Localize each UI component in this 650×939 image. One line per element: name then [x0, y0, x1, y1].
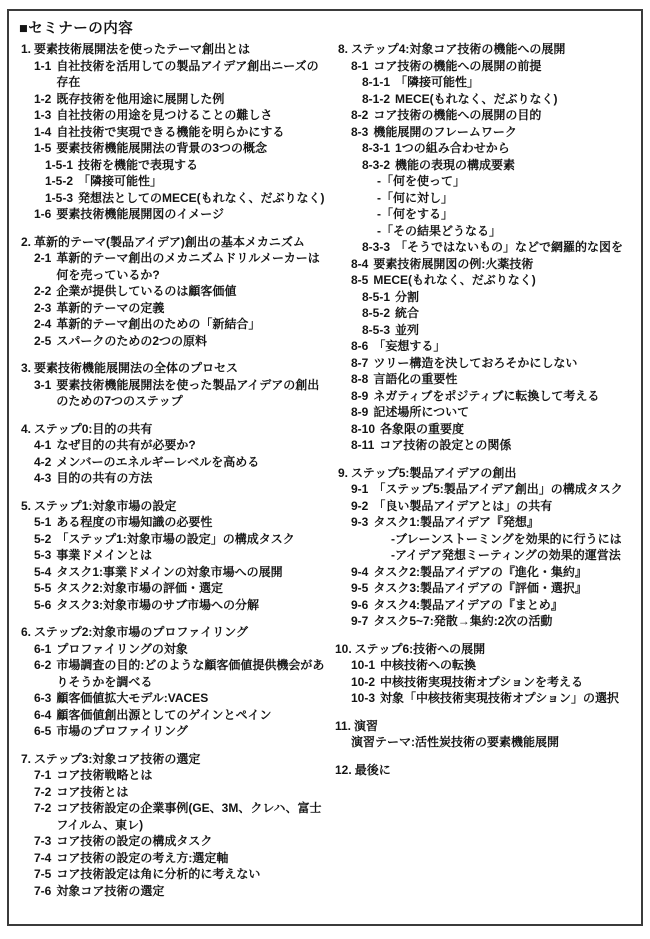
item-number: 10-2 [351, 674, 375, 691]
item-text: -アイデア発想ミーティングの効果的運営法 [391, 547, 644, 564]
item-number: 5-1 [34, 514, 51, 531]
toc-item: -「何に対し」 [335, 190, 644, 207]
item-text: 市場のプロファイリング [56, 723, 328, 740]
toc-item: 6-2市場調査の目的:どのような顧客価値提供機会がありそうかを調べる [18, 657, 328, 690]
item-text: タスク3:対象市場のサブ市場への分解 [56, 597, 328, 614]
item-text: 「ステップ5:製品アイデア創出」の構成タスク [373, 481, 644, 498]
toc-item: 9-6タスク4:製品アイデアの『まとめ』 [335, 597, 644, 614]
section-title: 演習 [354, 718, 644, 735]
section-number: 11. [335, 718, 351, 735]
item-text: タスク5~7:発散→集約:2次の活動 [373, 613, 644, 630]
item-text: 機能の表現の構成要素 [395, 157, 644, 174]
item-number: 9-1 [351, 481, 368, 498]
item-number: 8-1 [351, 58, 368, 75]
document-page: ■セミナーの内容 1.要素技術展開法を使ったテーマ創出とは1-1自社技術を活用し… [0, 0, 650, 939]
toc-section: 3.要素技術機能展開法の全体のプロセス3-1要素技術機能展開法を使った製品アイデ… [18, 360, 328, 410]
section-title: ステップ5:製品アイデアの創出 [351, 465, 644, 482]
item-text: プロファイリングの対象 [56, 641, 328, 658]
item-text: なぜ目的の共有が必要か? [56, 437, 328, 454]
toc-item: 5-2「ステップ1:対象市場の設定」の構成タスク [18, 531, 328, 548]
toc-item: 5-4タスク1:事業ドメインの対象市場への展開 [18, 564, 328, 581]
toc-section: 12.最後に [335, 762, 644, 779]
toc-item: 10-1中核技術への転換 [335, 657, 644, 674]
toc-item: 8-10各象限の重要度 [335, 421, 644, 438]
item-text: 要素技術機能展開法の背景の3つの概念 [56, 140, 328, 157]
item-text: -「何に対し」 [377, 190, 644, 207]
item-text: 機能展開のフレームワーク [373, 124, 644, 141]
item-number: 4-2 [34, 454, 51, 471]
toc-item: 5-1ある程度の市場知識の必要性 [18, 514, 328, 531]
section-number: 8. [335, 41, 348, 58]
item-text: 自社技術で実現できる機能を明らかにする [56, 124, 328, 141]
item-number: 1-5-1 [45, 157, 73, 174]
toc-section: 5.ステップ1:対象市場の設定5-1ある程度の市場知識の必要性5-2「ステップ1… [18, 498, 328, 614]
item-text: 並列 [395, 322, 644, 339]
item-text: -「その結果どうなる」 [377, 223, 644, 240]
toc-item: 8-5MECE(もれなく、だぶりなく) [335, 272, 644, 289]
section-heading: 3.要素技術機能展開法の全体のプロセス [18, 360, 328, 377]
item-number: 1-5 [34, 140, 51, 157]
item-text: 要素技術機能展開法を使った製品アイデアの創出のための7つのステップ [56, 377, 328, 410]
toc-item: 8-1-2MECE(もれなく、だぶりなく) [335, 91, 644, 108]
item-text: 事業ドメインとは [56, 547, 328, 564]
toc-item: 10-3対象「中核技術実現技術オプション」の選択 [335, 690, 644, 707]
item-number: 9-4 [351, 564, 368, 581]
toc-item: 5-3事業ドメインとは [18, 547, 328, 564]
item-number: 9-5 [351, 580, 368, 597]
toc-section: 7.ステップ3:対象コア技術の選定7-1コア技術戦略とは7-2コア技術とは7-2… [18, 751, 328, 900]
item-number: 6-4 [34, 707, 51, 724]
section-title: ステップ6:技術への展開 [355, 641, 644, 658]
item-number: 6-1 [34, 641, 51, 658]
toc-item: 1-5-1技術を機能で表現する [18, 157, 328, 174]
toc-section: 9.ステップ5:製品アイデアの創出9-1「ステップ5:製品アイデア創出」の構成タ… [335, 465, 644, 630]
section-title: 最後に [355, 762, 644, 779]
toc-item: 9-1「ステップ5:製品アイデア創出」の構成タスク [335, 481, 644, 498]
item-text: 革新的テーマ創出のための「新結合」 [56, 316, 328, 333]
toc-item: 4-2メンバーのエネルギーレベルを高める [18, 454, 328, 471]
toc-item: 7-1コア技術戦略とは [18, 767, 328, 784]
item-number: 8-8 [351, 371, 368, 388]
section-number: 1. [18, 41, 31, 58]
toc-item: 8-1コア技術の機能への展開の前提 [335, 58, 644, 75]
section-number: 6. [18, 624, 31, 641]
section-number: 12. [335, 762, 352, 779]
item-number: 8-3-1 [362, 140, 390, 157]
item-number: 8-7 [351, 355, 368, 372]
item-number: 5-6 [34, 597, 51, 614]
toc-item: 6-4顧客価値創出源としてのゲインとペイン [18, 707, 328, 724]
toc-item: 7-4コア技術の設定の考え方:選定軸 [18, 850, 328, 867]
section-number: 2. [18, 234, 31, 251]
section-heading: 8.ステップ4:対象コア技術の機能への展開 [335, 41, 644, 58]
toc-item: 演習テーマ:活性炭技術の要素機能展開 [335, 734, 644, 751]
item-number: 7-1 [34, 767, 51, 784]
item-text: MECE(もれなく、だぶりなく) [395, 91, 644, 108]
item-number: 1-3 [34, 107, 51, 124]
toc-item: 1-6要素技術機能展開図のイメージ [18, 206, 328, 223]
toc-item: 4-3目的の共有の方法 [18, 470, 328, 487]
toc-section: 8.ステップ4:対象コア技術の機能への展開8-1コア技術の機能への展開の前提8-… [335, 41, 644, 454]
item-text: 市場調査の目的:どのような顧客価値提供機会がありそうかを調べる [56, 657, 328, 690]
item-text: コア技術設定は角に分析的に考えない [56, 866, 328, 883]
item-text: 顧客価値創出源としてのゲインとペイン [56, 707, 328, 724]
section-heading: 10.ステップ6:技術への展開 [335, 641, 644, 658]
item-text: 「良い製品アイデアとは」の共有 [373, 498, 644, 515]
item-text: スパークのための2つの原料 [56, 333, 328, 350]
toc-item: 8-5-1分割 [335, 289, 644, 306]
item-text: コア技術の設定の考え方:選定軸 [56, 850, 328, 867]
item-text: 記述場所について [373, 404, 644, 421]
item-text: 革新的テーマの定義 [56, 300, 328, 317]
item-number: 8-5-1 [362, 289, 390, 306]
item-number: 7-5 [34, 866, 51, 883]
item-number: 4-3 [34, 470, 51, 487]
item-number: 8-5-2 [362, 305, 390, 322]
item-number: 8-5-3 [362, 322, 390, 339]
item-number: 6-3 [34, 690, 51, 707]
item-text: タスク2:対象市場の評価・選定 [56, 580, 328, 597]
item-text: -「何を使って」 [377, 173, 644, 190]
toc-item: 8-2コア技術の機能への展開の目的 [335, 107, 644, 124]
item-number: 6-5 [34, 723, 51, 740]
item-text: 各象限の重要度 [380, 421, 644, 438]
toc-item: 8-4要素技術展開図の例:火薬技術 [335, 256, 644, 273]
toc-item: 2-5スパークのための2つの原料 [18, 333, 328, 350]
toc-column-right: 8.ステップ4:対象コア技術の機能への展開8-1コア技術の機能への展開の前提8-… [335, 41, 644, 789]
item-number: 7-2 [34, 784, 51, 801]
item-number: 6-2 [34, 657, 51, 674]
item-number: 9-7 [351, 613, 368, 630]
item-number: 7-2 [34, 800, 51, 817]
section-heading: 7.ステップ3:対象コア技術の選定 [18, 751, 328, 768]
item-text: タスク3:製品アイデアの『評価・選択』 [373, 580, 644, 597]
toc-item: 7-3コア技術の設定の構成タスク [18, 833, 328, 850]
item-text: コア技術設定の企業事例(GE、3M、クレハ、富士フイルム、東レ) [56, 800, 328, 833]
item-number: 1-4 [34, 124, 51, 141]
toc-item: 9-4タスク2:製品アイデアの『進化・集約』 [335, 564, 644, 581]
item-number: 9-6 [351, 597, 368, 614]
toc-item: 8-1-1「隣接可能性」 [335, 74, 644, 91]
item-number: 8-9 [351, 404, 368, 421]
toc-item: 8-3-2機能の表現の構成要素 [335, 157, 644, 174]
item-number: 2-3 [34, 300, 51, 317]
item-text: コア技術とは [56, 784, 328, 801]
section-heading: 5.ステップ1:対象市場の設定 [18, 498, 328, 515]
page-title: ■セミナーの内容 [19, 17, 133, 38]
toc-item: 8-8言語化の重要性 [335, 371, 644, 388]
toc-item: 1-1自社技術を活用しての製品アイデア創出ニーズの存在 [18, 58, 328, 91]
item-text: MECE(もれなく、だぶりなく) [373, 272, 644, 289]
item-number: 7-3 [34, 833, 51, 850]
item-text: 発想法としてのMECE(もれなく、だぶりなく) [78, 190, 328, 207]
toc-item: 8-3-3「そうではないもの」などで網羅的な図を [335, 239, 644, 256]
item-text: コア技術の機能への展開の目的 [373, 107, 644, 124]
item-text: ある程度の市場知識の必要性 [56, 514, 328, 531]
section-number: 10. [335, 641, 352, 658]
item-number: 1-1 [34, 58, 51, 75]
item-text: 自社技術を活用しての製品アイデア創出ニーズの存在 [56, 58, 328, 91]
toc-item: -アイデア発想ミーティングの効果的運営法 [335, 547, 644, 564]
item-number: 5-2 [34, 531, 51, 548]
item-text: コア技術の設定の構成タスク [56, 833, 328, 850]
item-number: 1-6 [34, 206, 51, 223]
item-number: 1-2 [34, 91, 51, 108]
section-title: ステップ4:対象コア技術の機能への展開 [351, 41, 644, 58]
toc-item: 8-6「妄想する」 [335, 338, 644, 355]
item-text: 「そうではないもの」などで網羅的な図を [395, 239, 644, 256]
item-text: 自社技術の用途を見つけることの難しさ [56, 107, 328, 124]
toc-item: 2-4革新的テーマ創出のための「新結合」 [18, 316, 328, 333]
toc-item: 7-2コア技術とは [18, 784, 328, 801]
item-number: 1-5-2 [45, 173, 73, 190]
toc-item: 1-5-2「隣接可能性」 [18, 173, 328, 190]
toc-item: 2-2企業が提供しているのは顧客価値 [18, 283, 328, 300]
toc-item: 1-4自社技術で実現できる機能を明らかにする [18, 124, 328, 141]
toc-item: 1-3自社技術の用途を見つけることの難しさ [18, 107, 328, 124]
item-number: 10-3 [351, 690, 375, 707]
section-number: 7. [18, 751, 31, 768]
toc-item: 4-1なぜ目的の共有が必要か? [18, 437, 328, 454]
toc-section: 6.ステップ2:対象市場のプロファイリング6-1プロファイリングの対象6-2市場… [18, 624, 328, 740]
item-text: タスク1:製品アイデア『発想』 [373, 514, 644, 531]
toc-item: 2-1革新的テーマ創出のメカニズムドリルメーカーは何を売っているか? [18, 250, 328, 283]
item-number: 1-5-3 [45, 190, 73, 207]
section-heading: 9.ステップ5:製品アイデアの創出 [335, 465, 644, 482]
toc-item: 8-5-2統合 [335, 305, 644, 322]
item-text: 技術を機能で表現する [78, 157, 328, 174]
item-text: 「ステップ1:対象市場の設定」の構成タスク [56, 531, 328, 548]
toc-item: 6-5市場のプロファイリング [18, 723, 328, 740]
item-text: コア技術の機能への展開の前提 [373, 58, 644, 75]
item-text: 演習テーマ:活性炭技術の要素機能展開 [351, 734, 644, 751]
toc-item: 9-7タスク5~7:発散→集約:2次の活動 [335, 613, 644, 630]
item-text: 企業が提供しているのは顧客価値 [56, 283, 328, 300]
item-number: 8-2 [351, 107, 368, 124]
toc-item: 1-2既存技術を他用途に展開した例 [18, 91, 328, 108]
toc-item: 2-3革新的テーマの定義 [18, 300, 328, 317]
toc-item: 8-9記述場所について [335, 404, 644, 421]
section-number: 4. [18, 421, 31, 438]
toc-section: 11.演習演習テーマ:活性炭技術の要素機能展開 [335, 718, 644, 751]
item-text: 要素技術機能展開図のイメージ [56, 206, 328, 223]
toc-section: 2.革新的テーマ(製品アイデア)創出の基本メカニズム2-1革新的テーマ創出のメカ… [18, 234, 328, 350]
toc-item: -ブレーンストーミングを効果的に行うには [335, 531, 644, 548]
toc-item: 5-5タスク2:対象市場の評価・選定 [18, 580, 328, 597]
item-number: 3-1 [34, 377, 51, 394]
item-text: 「隣接可能性」 [395, 74, 644, 91]
item-number: 7-6 [34, 883, 51, 900]
item-text: 1つの組み合わせから [395, 140, 644, 157]
toc-item: 9-3タスク1:製品アイデア『発想』 [335, 514, 644, 531]
item-text: 統合 [395, 305, 644, 322]
item-text: 「隣接可能性」 [78, 173, 328, 190]
item-text: ネガティブをポジティブに転換して考える [373, 388, 644, 405]
item-number: 8-3-2 [362, 157, 390, 174]
item-text: 分割 [395, 289, 644, 306]
item-number: 10-1 [351, 657, 375, 674]
section-title: 革新的テーマ(製品アイデア)創出の基本メカニズム [34, 234, 328, 251]
toc-item: 7-6対象コア技術の選定 [18, 883, 328, 900]
toc-item: 5-6タスク3:対象市場のサブ市場への分解 [18, 597, 328, 614]
item-text: ツリー構造を決しておろそかにしない [373, 355, 644, 372]
toc-column-left: 1.要素技術展開法を使ったテーマ創出とは1-1自社技術を活用しての製品アイデア創… [18, 41, 328, 910]
item-text: 中核技術実現技術オプションを考える [380, 674, 644, 691]
toc-item: -「何を使って」 [335, 173, 644, 190]
item-number: 7-4 [34, 850, 51, 867]
section-heading: 6.ステップ2:対象市場のプロファイリング [18, 624, 328, 641]
item-number: 8-5 [351, 272, 368, 289]
section-heading: 11.演習 [335, 718, 644, 735]
item-number: 8-1-2 [362, 91, 390, 108]
toc-item: 8-3機能展開のフレームワーク [335, 124, 644, 141]
section-title: ステップ1:対象市場の設定 [34, 498, 328, 515]
item-number: 8-4 [351, 256, 368, 273]
toc-item: 3-1要素技術機能展開法を使った製品アイデアの創出のための7つのステップ [18, 377, 328, 410]
toc-item: 9-2「良い製品アイデアとは」の共有 [335, 498, 644, 515]
item-number: 8-10 [351, 421, 375, 438]
item-number: 5-4 [34, 564, 51, 581]
item-text: コア技術の設定との関係 [379, 437, 644, 454]
item-text: タスク2:製品アイデアの『進化・集約』 [373, 564, 644, 581]
item-text: タスク1:事業ドメインの対象市場への展開 [56, 564, 328, 581]
item-text: 「妄想する」 [373, 338, 644, 355]
section-number: 3. [18, 360, 31, 377]
item-number: 8-11 [351, 437, 374, 454]
toc-item: 1-5要素技術機能展開法の背景の3つの概念 [18, 140, 328, 157]
item-text: 革新的テーマ創出のメカニズムドリルメーカーは何を売っているか? [56, 250, 328, 283]
section-heading: 1.要素技術展開法を使ったテーマ創出とは [18, 41, 328, 58]
toc-item: -「その結果どうなる」 [335, 223, 644, 240]
item-text: 対象コア技術の選定 [56, 883, 328, 900]
section-title: 要素技術機能展開法の全体のプロセス [34, 360, 328, 377]
item-number: 9-2 [351, 498, 368, 515]
item-text: 要素技術展開図の例:火薬技術 [373, 256, 644, 273]
section-title: ステップ2:対象市場のプロファイリング [34, 624, 328, 641]
toc-item: 8-9ネガティブをポジティブに転換して考える [335, 388, 644, 405]
item-number: 9-3 [351, 514, 368, 531]
toc-item: 1-5-3発想法としてのMECE(もれなく、だぶりなく) [18, 190, 328, 207]
toc-section: 4.ステップ0:目的の共有4-1なぜ目的の共有が必要か?4-2メンバーのエネルギ… [18, 421, 328, 487]
item-text: 中核技術への転換 [380, 657, 644, 674]
item-text: -ブレーンストーミングを効果的に行うには [391, 531, 644, 548]
toc-item: 8-7ツリー構造を決しておろそかにしない [335, 355, 644, 372]
section-heading: 12.最後に [335, 762, 644, 779]
toc-item: 8-5-3並列 [335, 322, 644, 339]
toc-item: 6-1プロファイリングの対象 [18, 641, 328, 658]
toc-item: 6-3顧客価値拡大モデル:VACES [18, 690, 328, 707]
item-number: 8-3 [351, 124, 368, 141]
item-number: 8-6 [351, 338, 368, 355]
section-heading: 4.ステップ0:目的の共有 [18, 421, 328, 438]
toc-item: 9-5タスク3:製品アイデアの『評価・選択』 [335, 580, 644, 597]
toc-item: -「何をする」 [335, 206, 644, 223]
item-text: タスク4:製品アイデアの『まとめ』 [373, 597, 644, 614]
item-text: コア技術戦略とは [56, 767, 328, 784]
item-text: メンバーのエネルギーレベルを高める [56, 454, 328, 471]
item-text: 対象「中核技術実現技術オプション」の選択 [380, 690, 644, 707]
toc-section: 1.要素技術展開法を使ったテーマ創出とは1-1自社技術を活用しての製品アイデア創… [18, 41, 328, 223]
section-title: ステップ3:対象コア技術の選定 [34, 751, 328, 768]
item-number: 8-1-1 [362, 74, 390, 91]
toc-section: 10.ステップ6:技術への展開10-1中核技術への転換10-2中核技術実現技術オ… [335, 641, 644, 707]
item-text: 既存技術を他用途に展開した例 [56, 91, 328, 108]
item-number: 8-3-3 [362, 239, 390, 256]
toc-item: 8-3-11つの組み合わせから [335, 140, 644, 157]
item-text: -「何をする」 [377, 206, 644, 223]
item-number: 2-1 [34, 250, 51, 267]
section-number: 9. [335, 465, 348, 482]
section-number: 5. [18, 498, 31, 515]
item-number: 2-2 [34, 283, 51, 300]
section-heading: 2.革新的テーマ(製品アイデア)創出の基本メカニズム [18, 234, 328, 251]
toc-item: 10-2中核技術実現技術オプションを考える [335, 674, 644, 691]
item-text: 目的の共有の方法 [56, 470, 328, 487]
toc-item: 7-5コア技術設定は角に分析的に考えない [18, 866, 328, 883]
toc-item: 7-2コア技術設定の企業事例(GE、3M、クレハ、富士フイルム、東レ) [18, 800, 328, 833]
item-number: 2-5 [34, 333, 51, 350]
section-title: 要素技術展開法を使ったテーマ創出とは [34, 41, 328, 58]
item-text: 言語化の重要性 [373, 371, 644, 388]
item-number: 8-9 [351, 388, 368, 405]
item-number: 2-4 [34, 316, 51, 333]
item-number: 4-1 [34, 437, 51, 454]
section-title: ステップ0:目的の共有 [34, 421, 328, 438]
toc-item: 8-11コア技術の設定との関係 [335, 437, 644, 454]
item-number: 5-5 [34, 580, 51, 597]
item-number: 5-3 [34, 547, 51, 564]
item-text: 顧客価値拡大モデル:VACES [56, 690, 328, 707]
